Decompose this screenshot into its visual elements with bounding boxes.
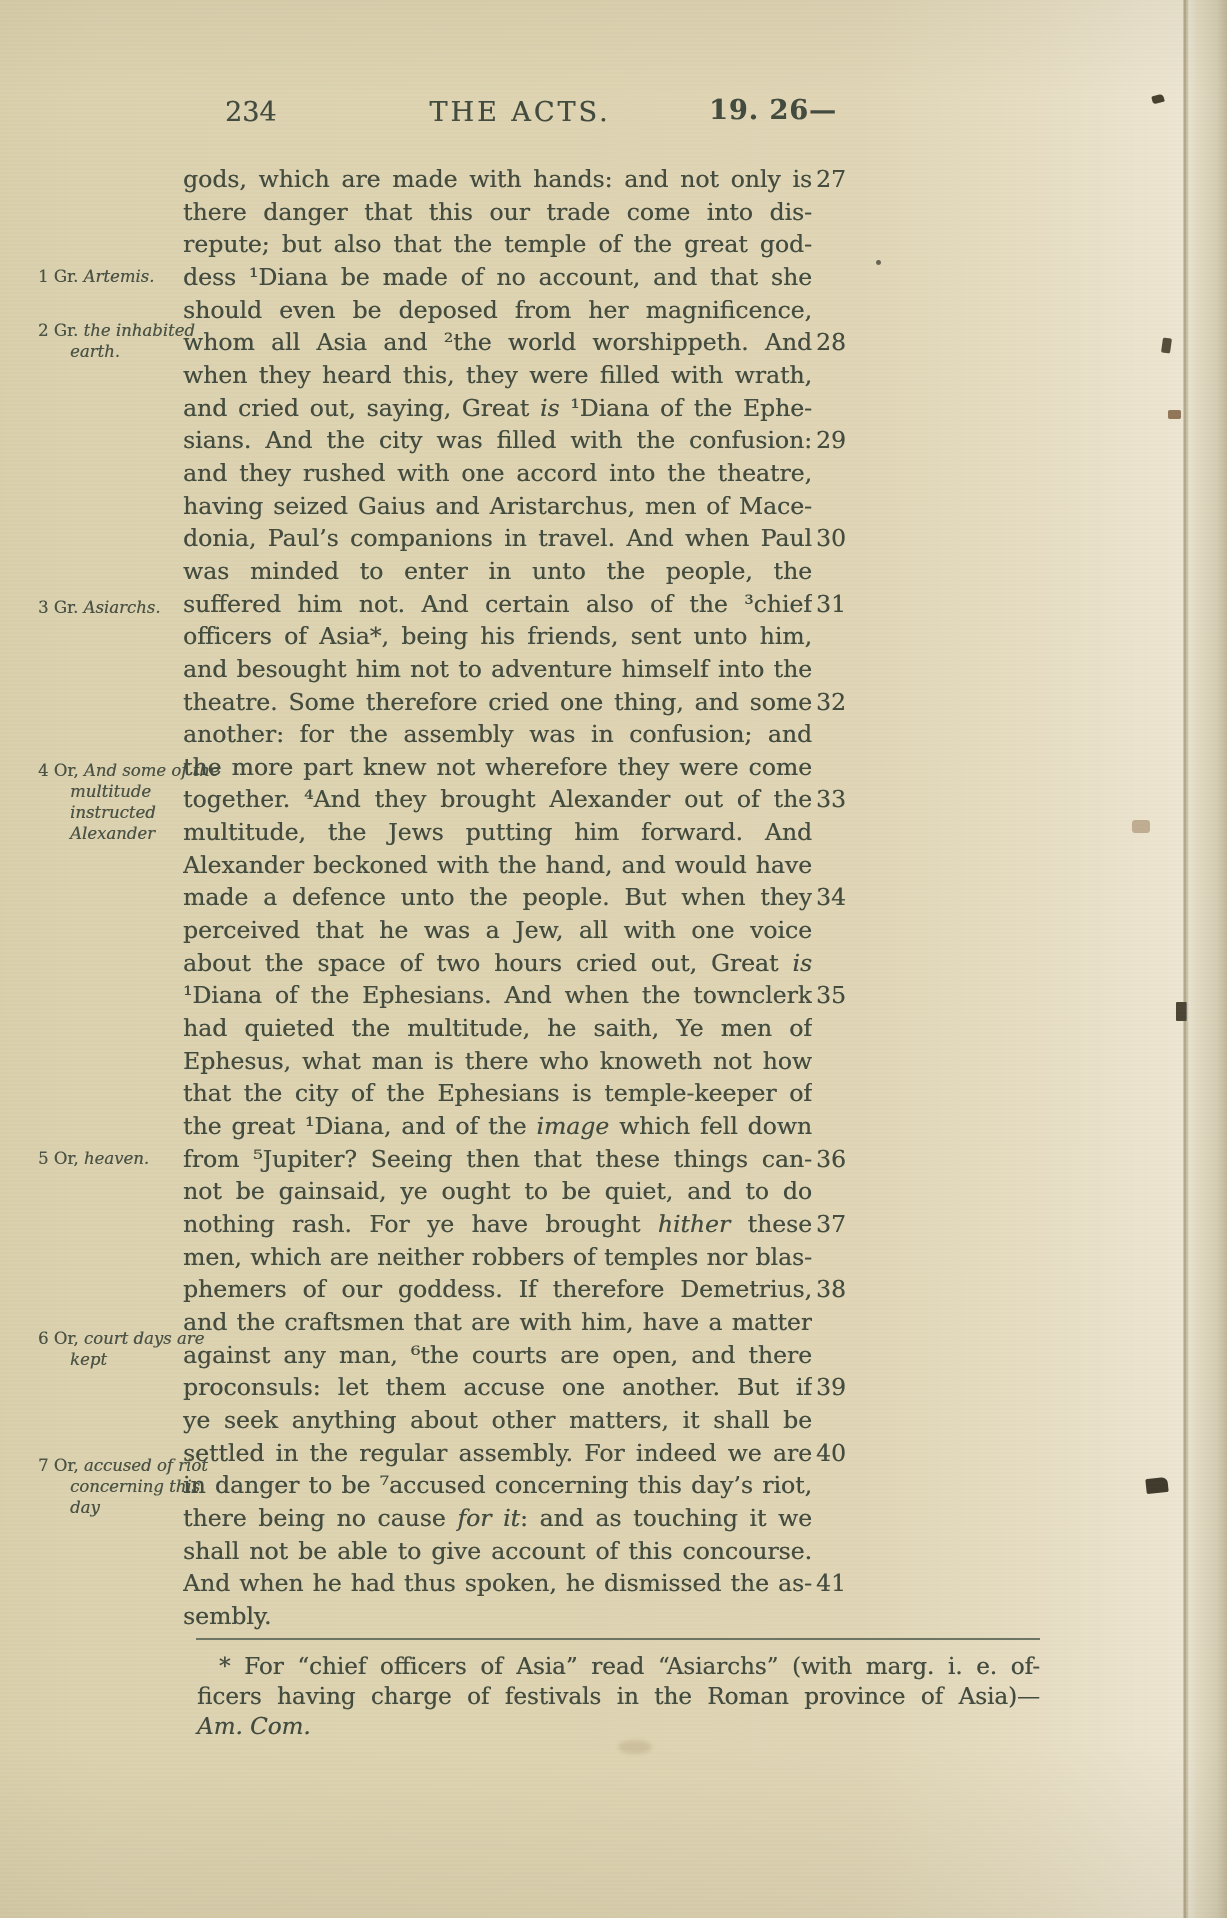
footnote-divider xyxy=(196,1638,1040,1640)
line-text: theatre. Some therefore cried one thing,… xyxy=(183,686,812,719)
text-line: in danger to be ⁷accused concerning this… xyxy=(183,1469,861,1502)
text-line: another: for the assembly was in confusi… xyxy=(183,718,861,751)
footnote-line: * For “chief officers of Asia” read “Asi… xyxy=(197,1652,1040,1682)
verse-number: 28 xyxy=(816,326,846,359)
line-text: against any man, ⁶the courts are open, a… xyxy=(183,1339,812,1372)
line-text: nothing rash. For ye have brought hither… xyxy=(183,1208,812,1241)
scripture-text: gods, which are made with hands: and not… xyxy=(183,163,861,1633)
text-line: there danger that this our trade come in… xyxy=(183,196,861,229)
line-text: and cried out, saying, Great is ¹Diana o… xyxy=(183,392,812,425)
line-text: together. ⁴And they brought Alexander ou… xyxy=(183,783,812,816)
page-edge-mark xyxy=(1176,1002,1187,1021)
ink-speck xyxy=(876,260,881,265)
line-text: that the city of the Ephesians is temple… xyxy=(183,1077,812,1110)
line-text: made a defence unto the people. But when… xyxy=(183,881,812,914)
line-text: phemers of our goddess. If therefore Dem… xyxy=(183,1273,812,1306)
text-line: had quieted the multitude, he saith, Ye … xyxy=(183,1012,861,1045)
text-line: having seized Gaius and Aristarchus, men… xyxy=(183,490,861,523)
page-edge-mark xyxy=(1168,410,1181,419)
book-page: 234 THE ACTS. 19. 26— 1 Gr. Artemis.2 Gr… xyxy=(0,0,1227,1918)
text-line: dess ¹Diana be made of no account, and t… xyxy=(183,261,861,294)
line-text: from ⁵Jupiter? Seeing then that these th… xyxy=(183,1143,812,1176)
verse-range: 19. 26— xyxy=(709,95,837,126)
line-text: repute; but also that the temple of the … xyxy=(183,228,812,261)
line-text: proconsuls: let them accuse one another.… xyxy=(183,1371,812,1404)
line-text: officers of Asia*, being his friends, se… xyxy=(183,620,812,653)
text-line: that the city of the Ephesians is temple… xyxy=(183,1077,861,1110)
line-text: gods, which are made with hands: and not… xyxy=(183,163,812,196)
text-line: Alexander beckoned with the hand, and wo… xyxy=(183,849,861,882)
line-text: and besought him not to adventure himsel… xyxy=(183,653,812,686)
line-text: and the craftsmen that are with him, hav… xyxy=(183,1306,812,1339)
page-edge-mark xyxy=(1145,1477,1168,1494)
line-text: about the space of two hours cried out, … xyxy=(183,947,812,980)
text-line: there being no cause for it: and as touc… xyxy=(183,1502,861,1535)
text-line: sembly. xyxy=(183,1600,861,1633)
text-line: about the space of two hours cried out, … xyxy=(183,947,861,980)
text-line: should even be deposed from her magnific… xyxy=(183,294,861,327)
line-text: the great ¹Diana, and of the image which… xyxy=(183,1110,812,1143)
verse-number: 40 xyxy=(816,1437,846,1470)
line-text: had quieted the multitude, he saith, Ye … xyxy=(183,1012,812,1045)
verse-number: 38 xyxy=(816,1273,846,1306)
text-line: shall not be able to give account of thi… xyxy=(183,1535,861,1568)
footnote: * For “chief officers of Asia” read “Asi… xyxy=(197,1652,1040,1742)
line-text: in danger to be ⁷accused concerning this… xyxy=(183,1469,812,1502)
footnote-line: Am. Com. xyxy=(197,1712,1040,1742)
line-text: settled in the regular assembly. For ind… xyxy=(183,1437,812,1470)
verse-number: 33 xyxy=(816,783,846,816)
text-line: phemers of our goddess. If therefore Dem… xyxy=(183,1273,861,1306)
text-line: And when he had thus spoken, he dismisse… xyxy=(183,1567,861,1600)
line-text: not be gainsaid, ye ought to be quiet, a… xyxy=(183,1175,812,1208)
verse-number: 29 xyxy=(816,424,846,457)
line-text: whom all Asia and ²the world worshippeth… xyxy=(183,326,812,359)
text-line: and cried out, saying, Great is ¹Diana o… xyxy=(183,392,861,425)
text-line: ye seek anything about other matters, it… xyxy=(183,1404,861,1437)
text-line: whom all Asia and ²the world worshippeth… xyxy=(183,326,861,359)
page-edge-mark xyxy=(1132,820,1150,833)
verse-number: 32 xyxy=(816,686,846,719)
page-edge-shading xyxy=(1186,0,1227,1918)
page-edge-mark xyxy=(1161,337,1172,353)
line-text: there being no cause for it: and as touc… xyxy=(183,1502,812,1535)
line-text: suffered him not. And certain also of th… xyxy=(183,588,812,621)
line-text: shall not be able to give account of thi… xyxy=(183,1535,812,1568)
text-line: gods, which are made with hands: and not… xyxy=(183,163,861,196)
text-line: from ⁵Jupiter? Seeing then that these th… xyxy=(183,1143,861,1176)
line-text: having seized Gaius and Aristarchus, men… xyxy=(183,490,812,523)
text-line: officers of Asia*, being his friends, se… xyxy=(183,620,861,653)
line-text: another: for the assembly was in confusi… xyxy=(183,718,812,751)
text-line: not be gainsaid, ye ought to be quiet, a… xyxy=(183,1175,861,1208)
verse-number: 36 xyxy=(816,1143,846,1176)
line-text: Alexander beckoned with the hand, and wo… xyxy=(183,849,812,882)
text-line: and they rushed with one accord into the… xyxy=(183,457,861,490)
line-text: Ephesus, what man is there who knoweth n… xyxy=(183,1045,812,1078)
line-text: sembly. xyxy=(183,1600,812,1633)
line-text: and they rushed with one accord into the… xyxy=(183,457,812,490)
text-line: and besought him not to adventure himsel… xyxy=(183,653,861,686)
text-line: Ephesus, what man is there who knoweth n… xyxy=(183,1045,861,1078)
line-text: men, which are neither robbers of temple… xyxy=(183,1241,812,1274)
line-text: dess ¹Diana be made of no account, and t… xyxy=(183,261,812,294)
verse-number: 31 xyxy=(816,588,846,621)
text-line: against any man, ⁶the courts are open, a… xyxy=(183,1339,861,1372)
line-text: should even be deposed from her magnific… xyxy=(183,294,812,327)
line-text: perceived that he was a Jew, all with on… xyxy=(183,914,812,947)
line-text: ¹Diana of the Ephesians. And when the to… xyxy=(183,979,812,1012)
text-line: multitude, the Jews putting him forward.… xyxy=(183,816,861,849)
verse-number: 35 xyxy=(816,979,846,1012)
text-line: was minded to enter in unto the people, … xyxy=(183,555,861,588)
text-line: together. ⁴And they brought Alexander ou… xyxy=(183,783,861,816)
paper-stain xyxy=(618,1740,652,1754)
text-line: perceived that he was a Jew, all with on… xyxy=(183,914,861,947)
text-line: settled in the regular assembly. For ind… xyxy=(183,1437,861,1470)
text-line: nothing rash. For ye have brought hither… xyxy=(183,1208,861,1241)
line-text: ye seek anything about other matters, it… xyxy=(183,1404,812,1437)
text-line: ¹Diana of the Ephesians. And when the to… xyxy=(183,979,861,1012)
text-line: when they heard this, they were filled w… xyxy=(183,359,861,392)
verse-number: 27 xyxy=(816,163,846,196)
text-line: the more part knew not wherefore they we… xyxy=(183,751,861,784)
text-line: donia, Paul’s companions in travel. And … xyxy=(183,522,861,555)
text-line: and the craftsmen that are with him, hav… xyxy=(183,1306,861,1339)
line-text: there danger that this our trade come in… xyxy=(183,196,812,229)
line-text: the more part knew not wherefore they we… xyxy=(183,751,812,784)
line-text: multitude, the Jews putting him forward.… xyxy=(183,816,812,849)
text-line: sians. And the city was filled with the … xyxy=(183,424,861,457)
line-text: donia, Paul’s companions in travel. And … xyxy=(183,522,812,555)
verse-number: 34 xyxy=(816,881,846,914)
footnote-line: ficers having charge of festivals in the… xyxy=(197,1682,1040,1712)
page-edge-mark xyxy=(1151,94,1165,105)
text-line: theatre. Some therefore cried one thing,… xyxy=(183,686,861,719)
text-line: the great ¹Diana, and of the image which… xyxy=(183,1110,861,1143)
verse-number: 39 xyxy=(816,1371,846,1404)
text-line: men, which are neither robbers of temple… xyxy=(183,1241,861,1274)
verse-number: 41 xyxy=(816,1567,846,1600)
text-line: made a defence unto the people. But when… xyxy=(183,881,861,914)
line-text: was minded to enter in unto the people, … xyxy=(183,555,812,588)
line-text: when they heard this, they were filled w… xyxy=(183,359,812,392)
line-text: And when he had thus spoken, he dismisse… xyxy=(183,1567,812,1600)
line-text: sians. And the city was filled with the … xyxy=(183,424,812,457)
text-line: suffered him not. And certain also of th… xyxy=(183,588,861,621)
verse-number: 37 xyxy=(816,1208,846,1241)
text-line: repute; but also that the temple of the … xyxy=(183,228,861,261)
verse-number: 30 xyxy=(816,522,846,555)
text-line: proconsuls: let them accuse one another.… xyxy=(183,1371,861,1404)
